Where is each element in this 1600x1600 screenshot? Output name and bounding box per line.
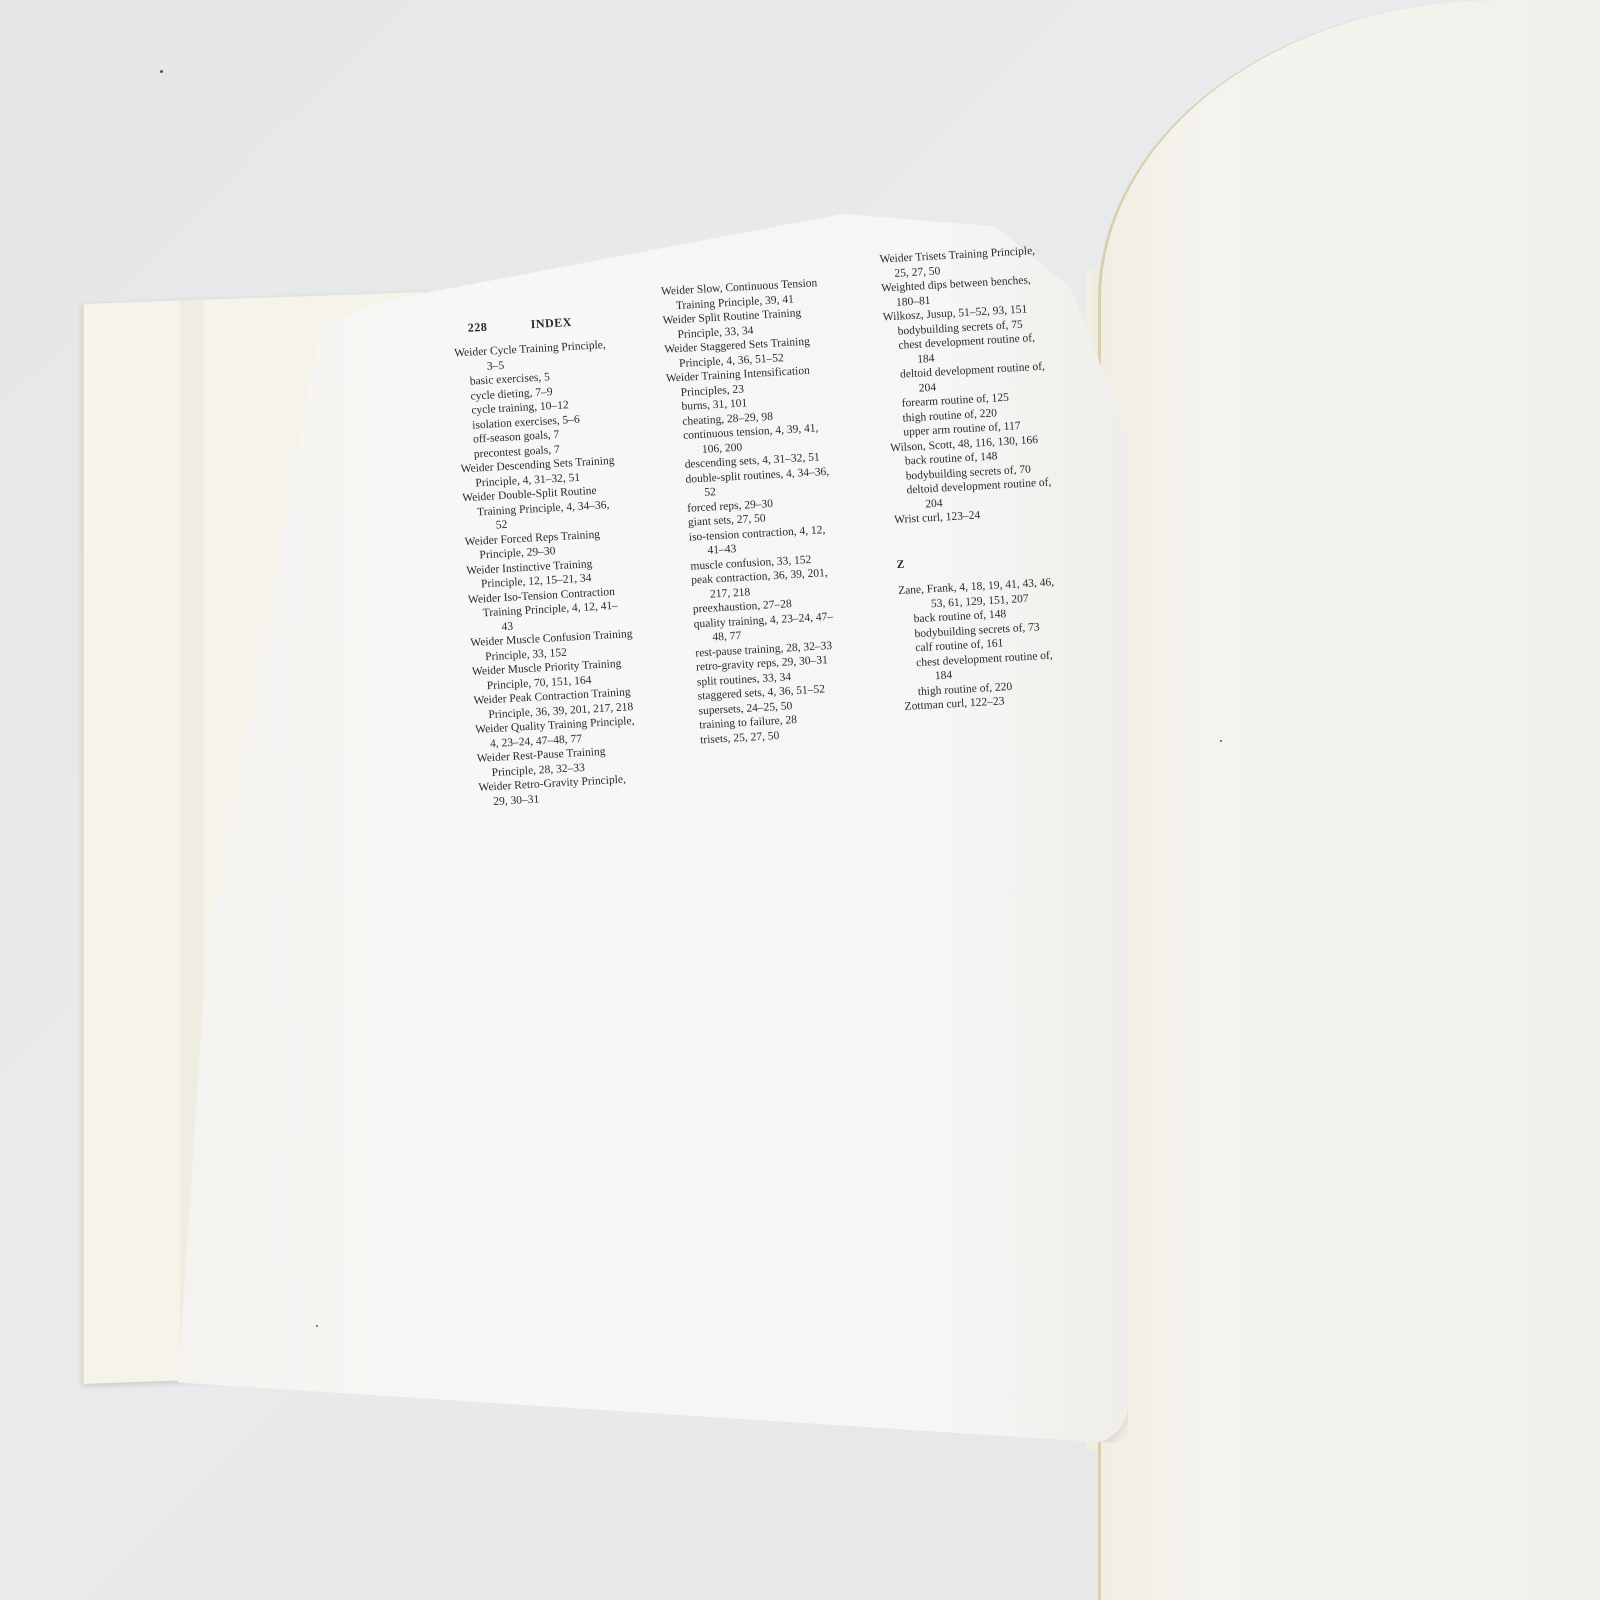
page-number: 228 [467, 320, 487, 335]
index-column-1: Weider Cycle Training Principle,3–5basic… [454, 335, 690, 810]
dust-speck [316, 1325, 318, 1327]
index-column-2: Weider Slow, Continuous TensionTraining … [661, 273, 897, 748]
page-title: INDEX [530, 315, 572, 331]
page-header: 228 INDEX [467, 315, 572, 335]
dust-speck [1220, 740, 1222, 742]
right-page-curl [1098, 0, 1600, 1600]
index-column-3: Weider Trisets Training Principle,25, 27… [879, 241, 1114, 715]
dust-speck [160, 70, 163, 73]
photo-scene: 228 INDEX Weider Cycle Training Principl… [0, 0, 1600, 1600]
index-text-block: 228 INDEX Weider Cycle Training Principl… [390, 242, 1097, 779]
section-letter: Z [896, 546, 1106, 572]
